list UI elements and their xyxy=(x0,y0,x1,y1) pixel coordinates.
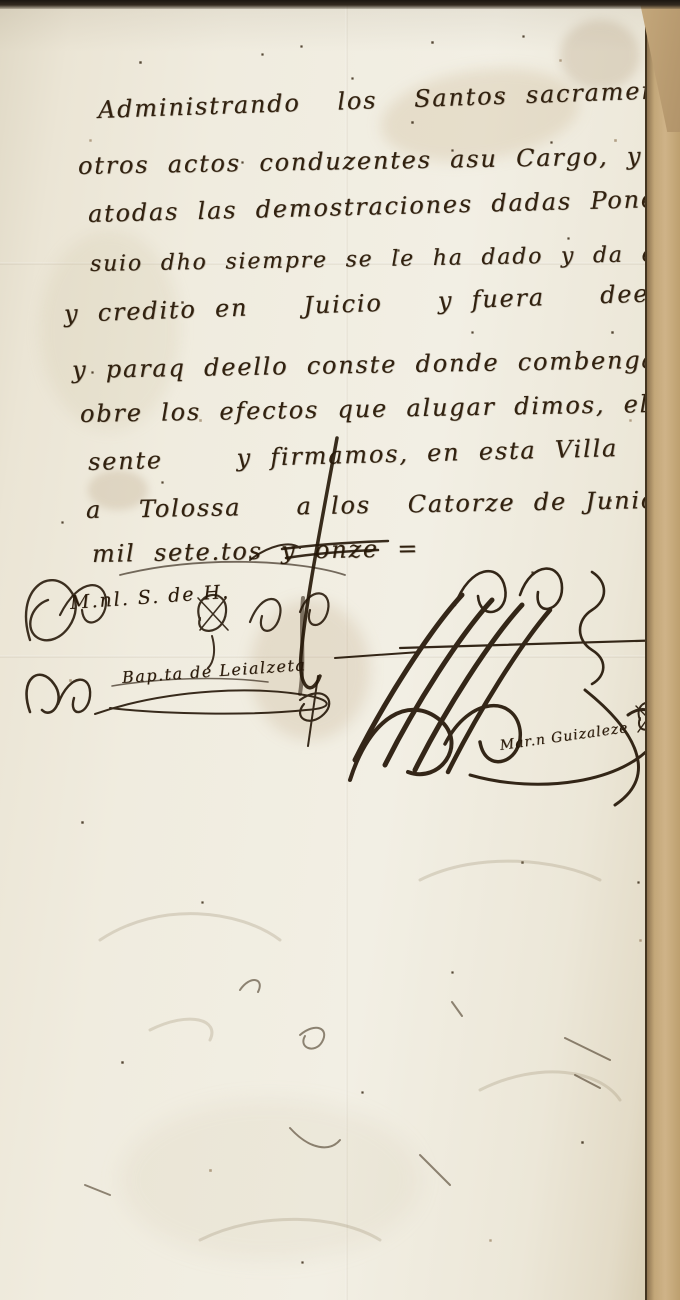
bleed-through-marks xyxy=(85,980,610,1195)
book-fore-edge xyxy=(645,0,680,1300)
date-terminal-flourish xyxy=(250,541,388,560)
signature-lower-left-flourish xyxy=(27,675,330,746)
signature-upper-left-flourish xyxy=(26,562,345,668)
bleed-through-ghosts xyxy=(100,861,620,1240)
scan-top-edge xyxy=(0,0,680,9)
initial-descender-flourish xyxy=(301,438,337,688)
ink-overlay xyxy=(0,0,680,1300)
manuscript-scan: Administrando los Santos sacramentos y a… xyxy=(0,0,680,1300)
signature-right-flourish xyxy=(335,569,668,805)
